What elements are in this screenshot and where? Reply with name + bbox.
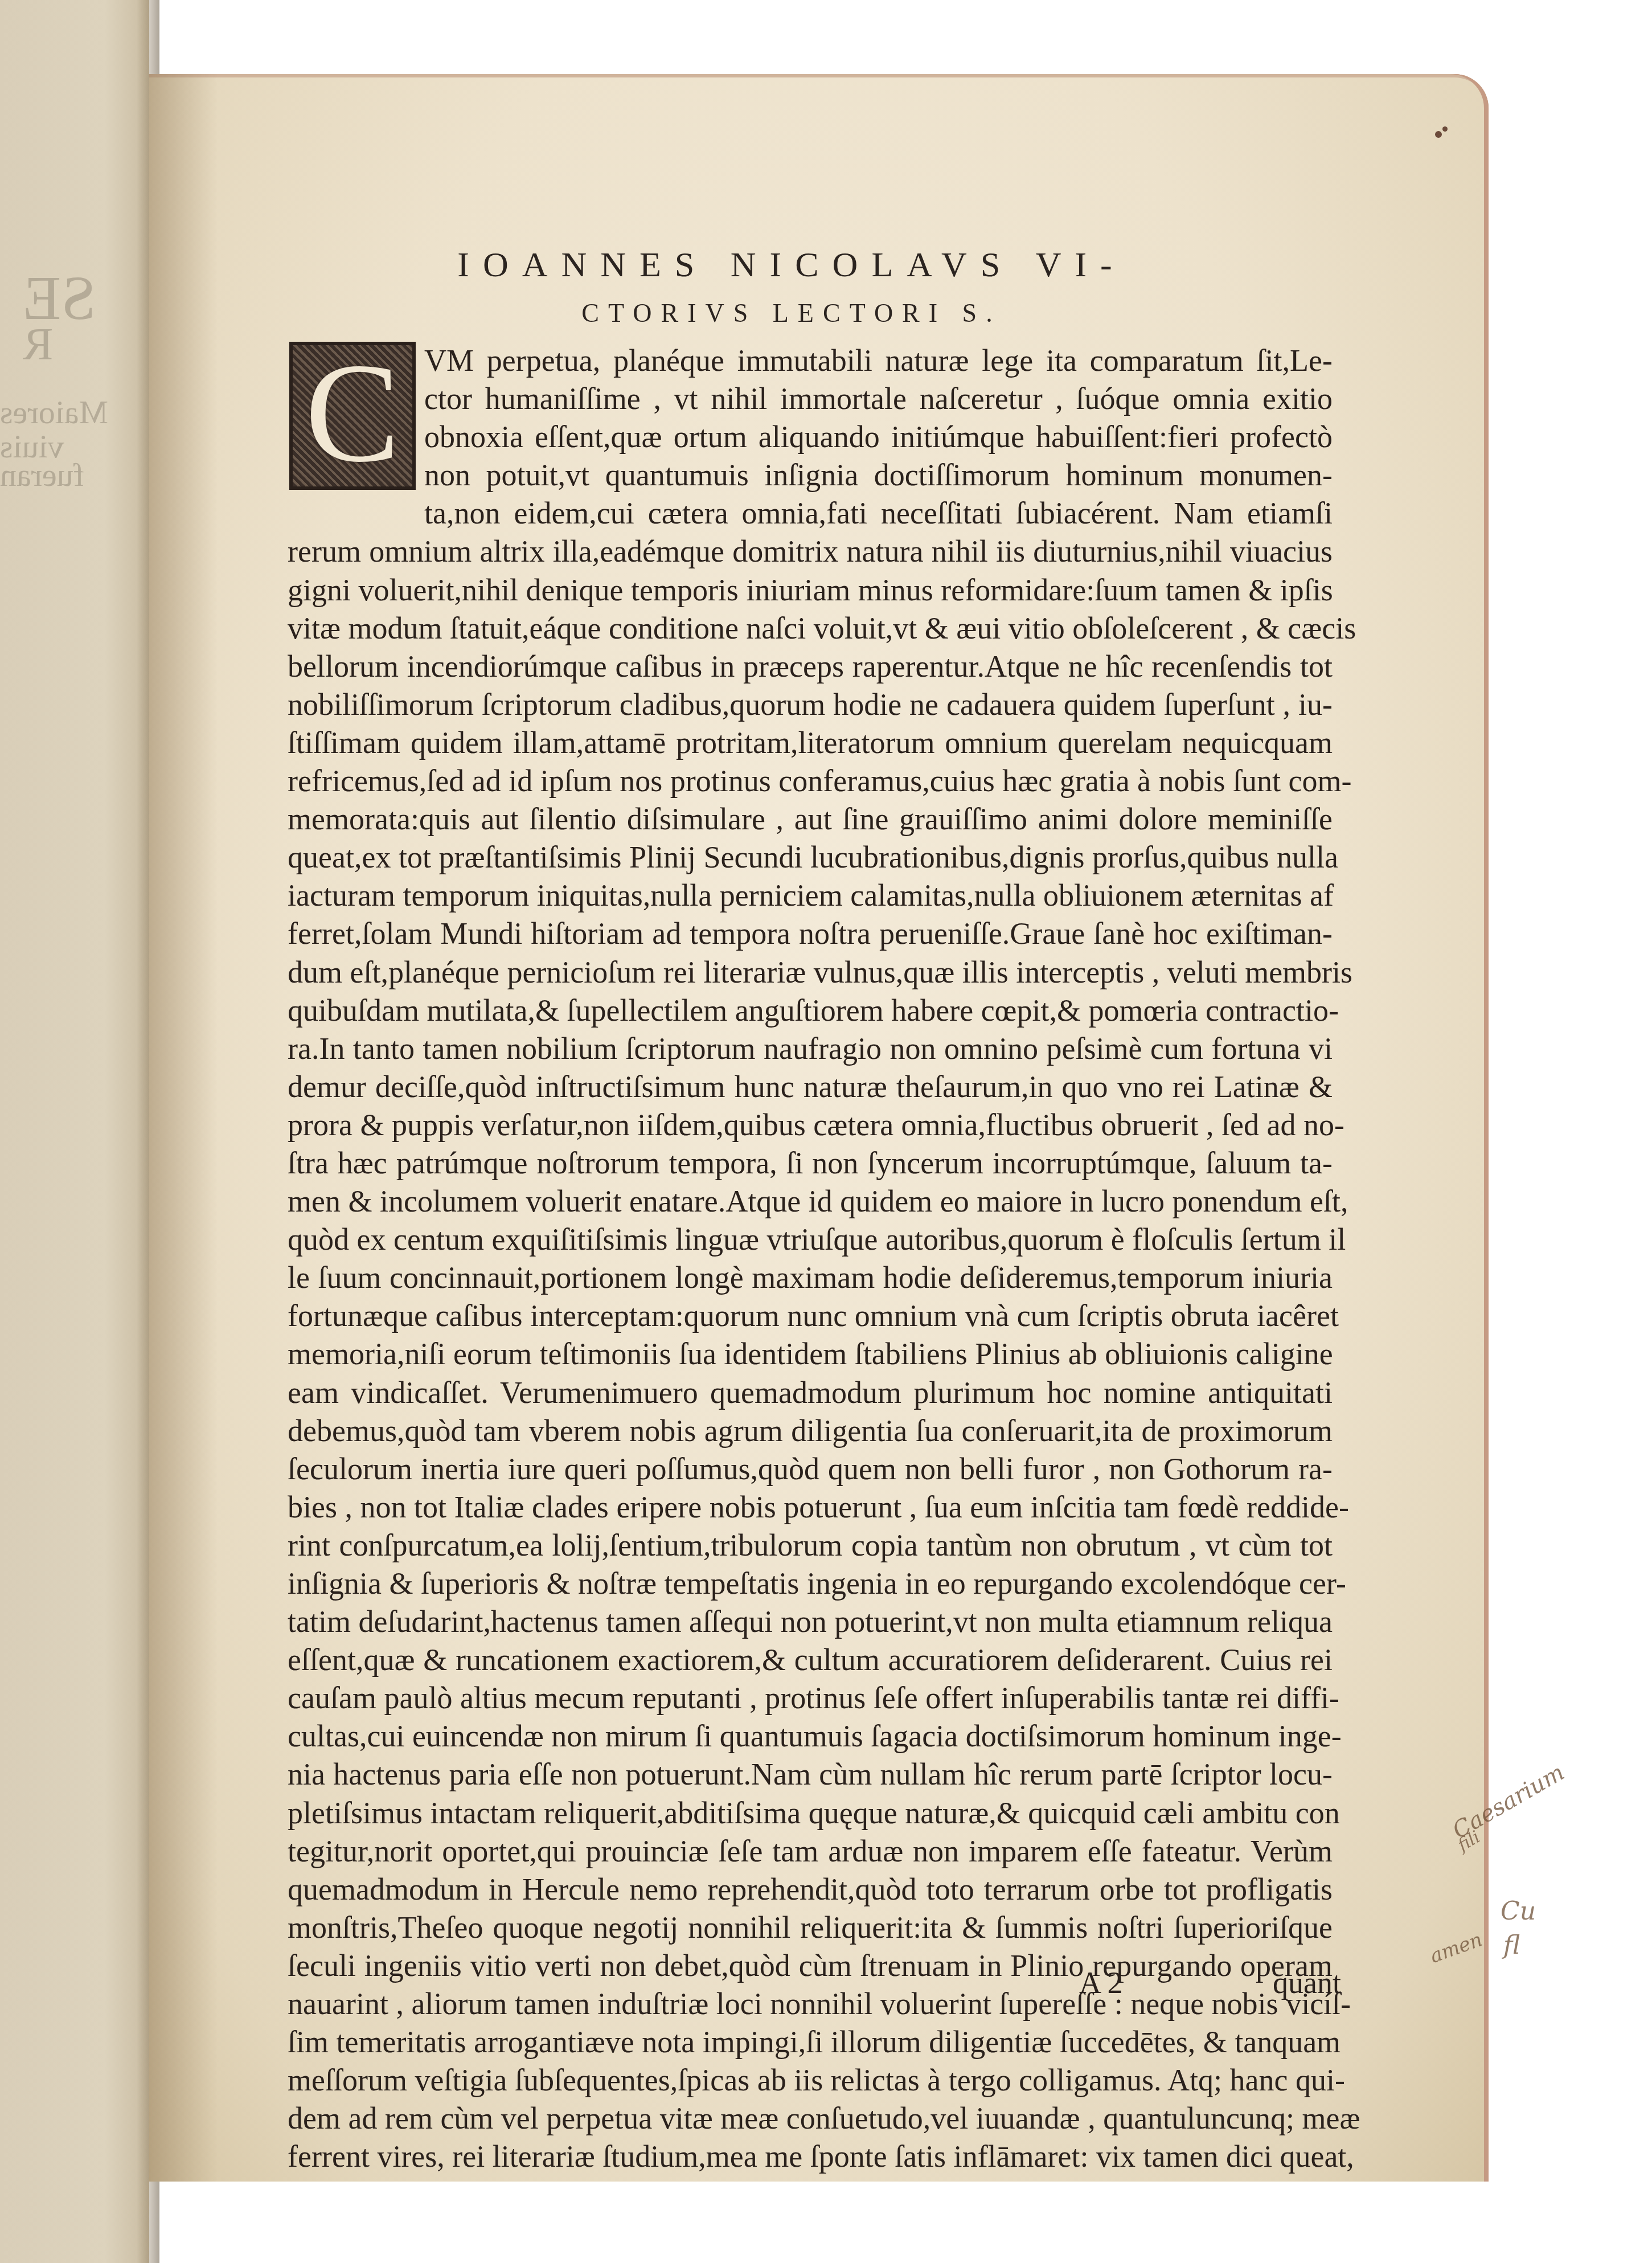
text-line: inſignia & ſuperioris & noſtræ tempeſtat… [288,1565,1333,1603]
bleed-through-text: Maiores [0,393,108,431]
text-line: iacturam temporum iniquitas,nulla pernic… [288,877,1333,915]
text-line: ta,non eidem,cui cætera omnia,fati neceſ… [288,494,1333,533]
text-line: le ſuum concinnauit,portionem longè maxi… [288,1259,1333,1297]
text-line: bies , non tot Italiæ clades eripere nob… [288,1488,1333,1527]
text-line: eſſent,quæ & runcationem exactiorem,& cu… [288,1641,1333,1679]
signature-mark: A 2 [1079,1965,1123,2000]
marginal-handwriting: fl [1503,1931,1520,1960]
text-line: ſeculi ingeniis vitio verti non debet,qu… [288,1947,1333,1985]
text-line: monſtris,Theſeo quoque negotij nonnihil … [288,1909,1333,1947]
text-line: refricemus,ſed ad id ipſum nos protinus … [288,762,1333,800]
text-line: bellorum incendiorúmque caſibus in præce… [288,648,1333,686]
bleed-through-text: R [23,319,53,371]
text-line: memorata:quis aut ſilentio diſsimulare ,… [288,800,1333,838]
text-line: pletiſsimus intactam reliquerit,abditiſs… [288,1794,1333,1832]
heading-line-2: CTORIVS LECTORI S. [308,293,1276,333]
text-line: memoria,niſi eorum teſtimoniis ſua ident… [288,1335,1333,1373]
text-line: dem ad rem cùm vel perpetua vitæ meæ con… [288,2100,1333,2138]
text-line: prora & puppis verſatur,non iiſdem,quibu… [288,1106,1333,1144]
text-line: ſtra hæc patrúmque noſtrorum tempora, ſi… [288,1144,1333,1182]
heading-line-1: IOANNES NICOLAVS VI- [308,242,1276,288]
text-line: tegitur,norit oportet,qui prouinciæ ſeſe… [288,1832,1333,1871]
text-line: gigni voluerit,nihil denique temporis in… [288,571,1333,609]
body-text: VM perpetua, planéque immutabili naturæ … [288,342,1333,2176]
text-line: tatim deſudarint,hactenus tamen aſſequi … [288,1603,1333,1641]
text-line: queat,ex tot præſtantiſsimis Plinij Secu… [288,838,1333,877]
text-line: ſim temeritatis arrogantiæve nota imping… [288,2023,1333,2061]
text-line: quemadmodum in Hercule nemo reprehendit,… [288,1871,1333,1909]
text-line: ſeculorum inertia iure queri poſſumus,qu… [288,1450,1333,1488]
text-line: fortunæque caſibus interceptam:quorum nu… [288,1297,1333,1335]
text-line: VM perpetua, planéque immutabili naturæ … [288,342,1333,380]
text-line: demur deciſſe,quòd inſtructiſsimum hunc … [288,1068,1333,1106]
text-line: obnoxia eſſent,quæ ortum aliquando initi… [288,418,1333,456]
bleed-through-text: fueran [0,456,84,494]
text-line: debemus,quòd tam vberem nobis agrum dili… [288,1412,1333,1450]
text-line: ctor humaniſſime , vt nihil immortale na… [288,380,1333,418]
text-line: non potuit,vt quantumuis inſignia doctiſ… [288,456,1333,494]
text-line: eam vindicaſſet. Verumenimuero quemadmod… [288,1374,1333,1412]
page-heading: IOANNES NICOLAVS VI- CTORIVS LECTORI S. [308,242,1276,333]
text-line: rint conſpurcatum,ea lolij,ſentium,tribu… [288,1527,1333,1565]
text-line: dum eſt,planéque pernicioſum rei literar… [288,954,1333,992]
text-line: meſſorum veſtigia ſubſequentes,ſpicas ab… [288,2061,1333,2100]
marginal-handwriting: Cu [1501,1897,1536,1926]
text-line: ferret,ſolam Mundi hiſtoriam ad tempora … [288,915,1333,953]
page-gutter-shade [149,74,218,2182]
text-line: nobiliſſimorum ſcriptorum cladibus,quoru… [288,686,1333,724]
text-line: cultas,cui euincendæ non mirum ſi quantu… [288,1717,1333,1755]
text-line: men & incolumem voluerit enatare.Atque i… [288,1182,1333,1221]
text-line: quòd ex centum exquiſitiſsimis linguæ vt… [288,1221,1333,1259]
facing-left-page: SE R Maiores viuis fueran [0,0,149,2263]
ink-spot [1435,131,1442,138]
ink-spot [1442,126,1448,132]
catchword: quant [1273,1965,1341,2000]
text-line: cauſam paulò altius mecum reputanti , pr… [288,1679,1333,1717]
text-line: nia hactenus paria eſſe non potuerunt.Na… [288,1755,1333,1794]
text-line: nauarint , aliorum tamen induſtriæ loci … [288,1985,1333,2023]
text-line: rerum omnium altrix illa,eadémque domitr… [288,533,1333,571]
text-line: ſtiſſimam quidem illam,attamē protritam,… [288,724,1333,762]
text-line: ra.In tanto tamen nobilium ſcriptorum na… [288,1030,1333,1068]
text-line: ferrent vires, rei literariæ ſtudium,mea… [288,2138,1333,2176]
text-line: vitæ modum ſtatuit,eáque conditione naſc… [288,609,1333,648]
text-line: quibuſdam mutilata,& ſupellectilem anguſ… [288,992,1333,1030]
